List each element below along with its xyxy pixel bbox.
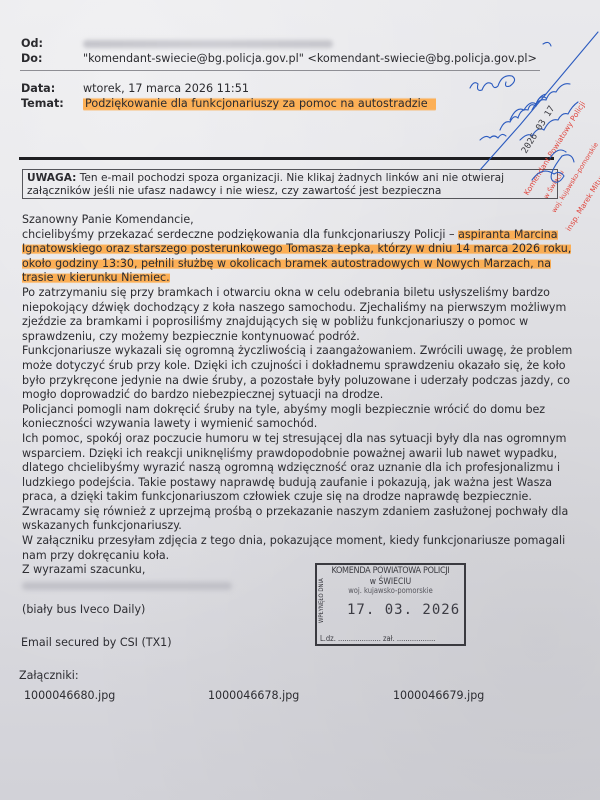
stamp-line1: KOMENDA POWIATOWA POLICJI [319,566,462,576]
paragraph-thanks: chcielibyśmy przekazać serdeczne podzięk… [22,228,582,286]
from-value-redacted [83,40,333,48]
to-value: "komendant-swiecie@bg.policja.gov.pl" <k… [83,52,537,65]
paragraph-incident: Po zatrzymaniu się przy bramkach i otwar… [22,286,582,344]
paragraph-gratitude: Ich pomoc, spokój oraz poczucie humoru w… [22,432,582,505]
signature-redacted [22,582,232,590]
secured-note: Email secured by CSI (TX1) [21,636,172,649]
header-thick-rule [19,157,554,160]
subject-row: Temat:Podziękowanie dla funkcjonariuszy … [21,97,436,111]
stamp-ldz-line: L.dz. .................... zał. ........… [320,634,461,643]
stamp-line3: woj. kujawsko-pomorskie [317,586,464,595]
attachments-label: Załączniki: [19,669,79,682]
email-body: Szanowny Panie Komendancie, chcielibyśmy… [22,213,582,618]
attachment-file[interactable]: 1000046680.jpg [24,689,115,702]
date-row: Data:wtorek, 17 marca 2026 11:51 [21,82,249,96]
paragraph-attachments: W załączniku przesyłam zdjęcia z tego dn… [22,534,582,563]
stamp-date: 17. 03. 2026 [347,602,460,618]
header-divider [20,70,540,71]
attachment-file[interactable]: 1000046678.jpg [208,689,299,702]
paragraph-request: Zwracamy się również z uprzejmą prośbą o… [22,505,582,534]
external-email-warning: UWAGA: Ten e-mail pochodzi spoza organiz… [22,169,558,199]
date-label: Data: [21,82,83,96]
attachment-file[interactable]: 1000046679.jpg [393,689,484,702]
greeting: Szanowny Panie Komendancie, [22,213,582,228]
stamp-vertical-label: WPŁYNĘŁO DNIA [318,578,325,623]
vehicle-note: (biały bus Iveco Daily) [22,603,582,618]
warning-text: Ten e-mail pochodzi spoza organizacji. N… [27,172,504,197]
received-stamp: KOMENDA POWIATOWA POLICJI w ŚWIECIU woj.… [315,563,466,646]
from-label: Od: [21,37,83,51]
closing: Z wyrazami szacunku, [22,563,582,578]
paragraph-help: Policjanci pomogli nam dokręcić śruby na… [22,403,582,432]
date-value: wtorek, 17 marca 2026 11:51 [83,82,249,95]
warning-label: UWAGA: [27,172,76,184]
subject-value: Podziękowanie dla funkcjonariuszy za pom… [83,95,436,112]
to-label: Do: [21,52,83,66]
from-row: Od: [21,37,333,51]
paragraph-thanks-intro: chcielibyśmy przekazać serdeczne podzięk… [22,228,458,241]
paragraph-diagnosis: Funkcjonariusze wykazali się ogromną życ… [22,344,582,402]
to-row: Do:"komendant-swiecie@bg.policja.gov.pl"… [21,52,537,66]
subject-label: Temat: [21,97,83,111]
